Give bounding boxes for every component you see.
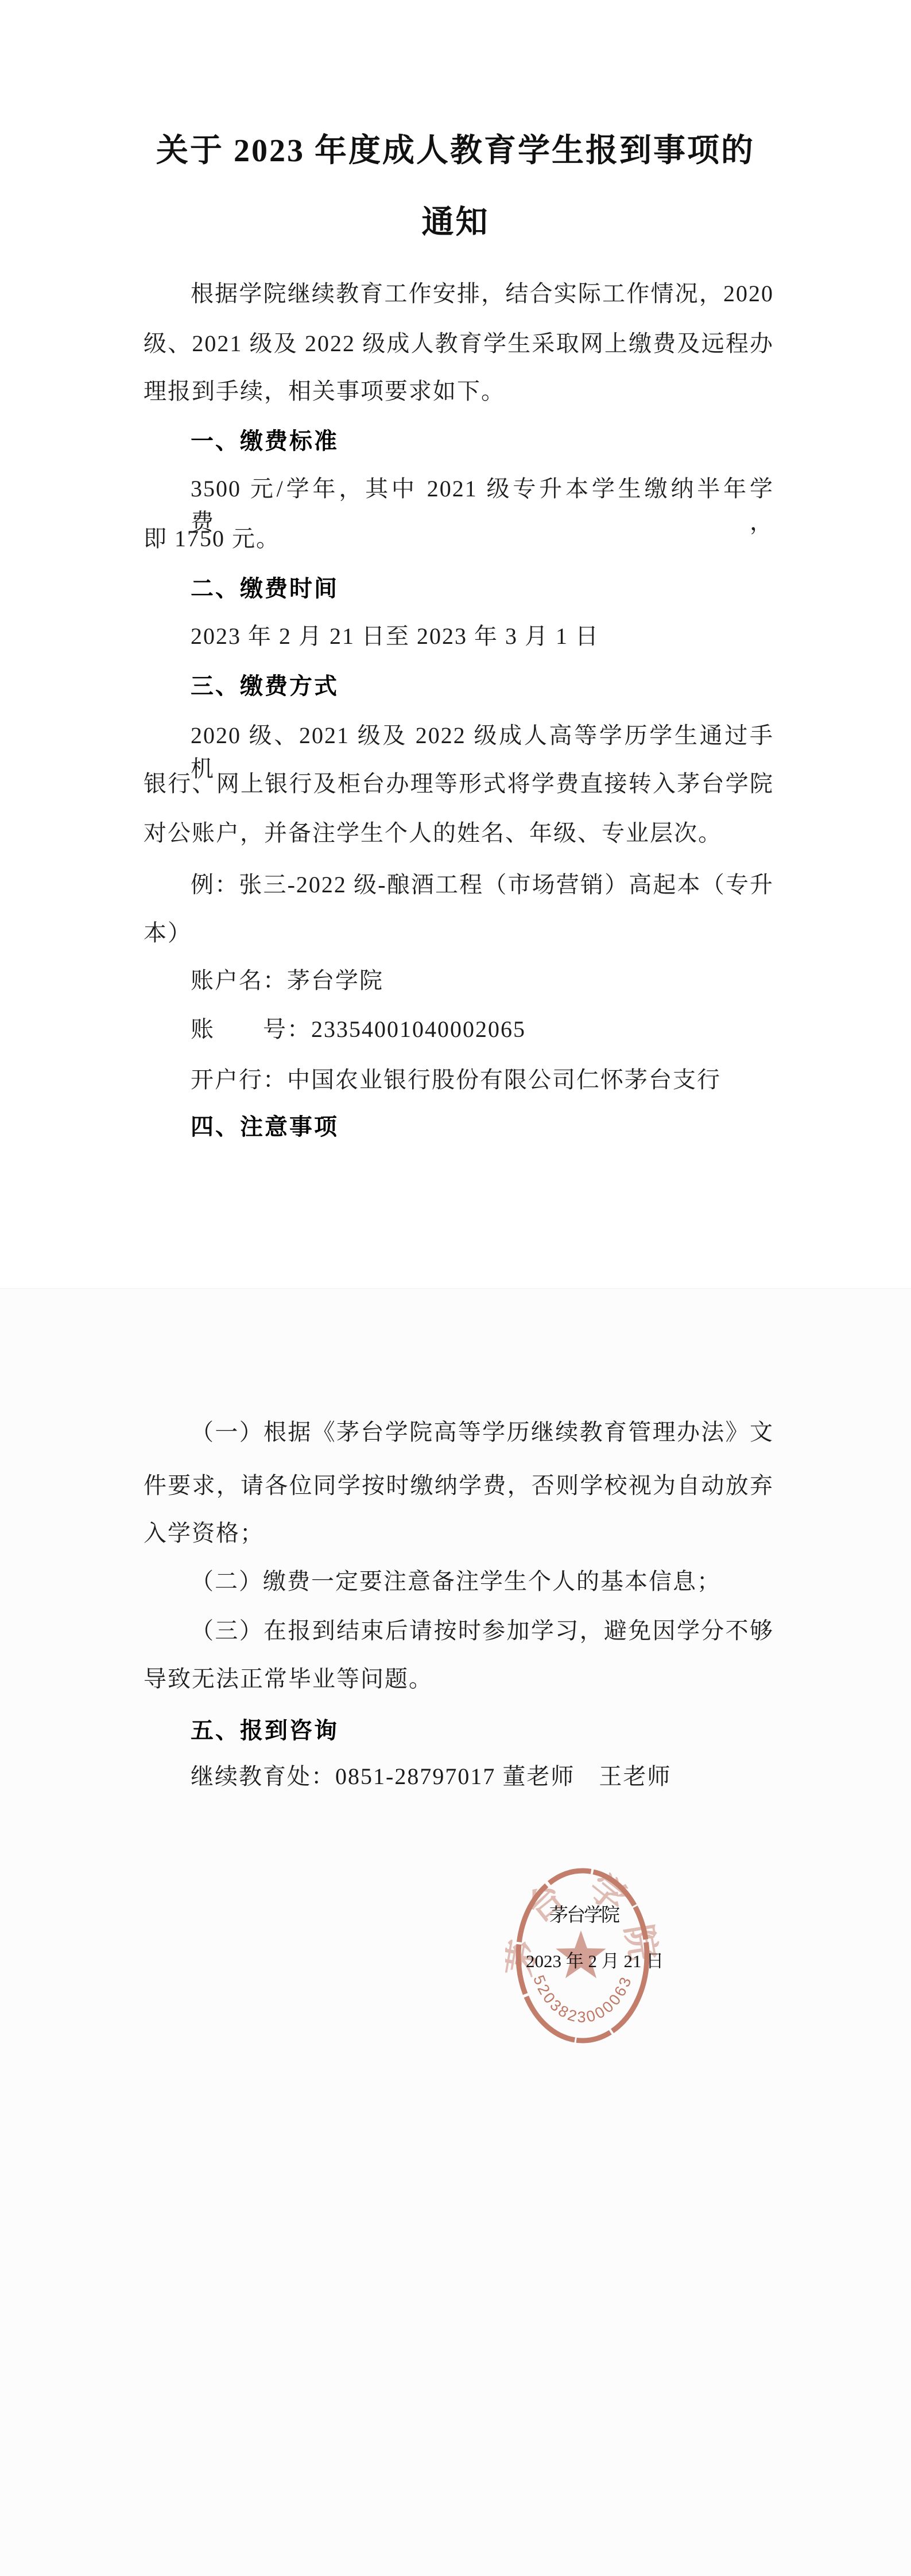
section-heading-4: 四、注意事项 bbox=[191, 1110, 339, 1144]
body-line: （三）在报到结束后请按时参加学习，避免因学分不够 bbox=[191, 1614, 774, 1648]
section-heading-3: 三、缴费方式 bbox=[191, 670, 339, 703]
signature-date: 2023 年 2 月 21 日 bbox=[526, 1949, 664, 1974]
document-title-line1: 关于 2023 年度成人教育学生报到事项的 bbox=[0, 132, 911, 170]
section-heading-1: 一、缴费标准 bbox=[191, 425, 339, 458]
body-line: 级、2021 级及 2022 级成人教育学生采取网上缴费及远程办 bbox=[144, 327, 774, 360]
body-line: 件要求，请各位同学按时缴纳学费，否则学校视为自动放弃 bbox=[144, 1469, 774, 1502]
account-name-line: 账户名：茅台学院 bbox=[191, 964, 383, 997]
body-line: 根据学院继续教育工作安排，结合实际工作情况，2020 bbox=[191, 277, 774, 310]
body-line: 本） bbox=[144, 916, 192, 950]
contact-line: 继续教育处：0851-28797017 董老师 王老师 bbox=[191, 1760, 671, 1793]
body-line: （一）根据《茅台学院高等学历继续教育管理办法》文 bbox=[191, 1416, 774, 1449]
body-line: 对公账户，并备注学生个人的姓名、年级、专业层次。 bbox=[144, 817, 722, 850]
body-line: 即 1750 元。 bbox=[144, 522, 280, 555]
document-title-line2: 通知 bbox=[0, 204, 911, 242]
body-line: （二）缴费一定要注意备注学生个人的基本信息； bbox=[191, 1565, 721, 1598]
body-line: 入学资格； bbox=[144, 1517, 264, 1550]
body-line: 导致无法正常毕业等问题。 bbox=[144, 1662, 433, 1696]
section-heading-5: 五、报到咨询 bbox=[191, 1714, 339, 1747]
seal-number-arc-text: 5203823000063 bbox=[530, 1973, 635, 2026]
body-line: 银行、网上银行及柜台办理等形式将学费直接转入茅台学院 bbox=[144, 767, 774, 801]
body-line: 2023 年 2 月 21 日至 2023 年 3 月 1 日 bbox=[191, 620, 599, 653]
body-line: 理报到手续，相关事项要求如下。 bbox=[144, 375, 505, 408]
account-number-line: 账 号：23354001040002065 bbox=[191, 1013, 526, 1046]
body-line: 例：张三-2022 级-酿酒工程（市场营销）高起本（专升 bbox=[191, 868, 774, 902]
notice-document: 关于 2023 年度成人教育学生报到事项的 通知 根据学院继续教育工作安排，结合… bbox=[0, 0, 911, 2576]
section-heading-2: 二、缴费时间 bbox=[191, 572, 339, 605]
signature-organization: 茅台学院 bbox=[549, 1903, 618, 1928]
bank-line: 开户行：中国农业银行股份有限公司仁怀茅台支行 bbox=[191, 1063, 721, 1097]
